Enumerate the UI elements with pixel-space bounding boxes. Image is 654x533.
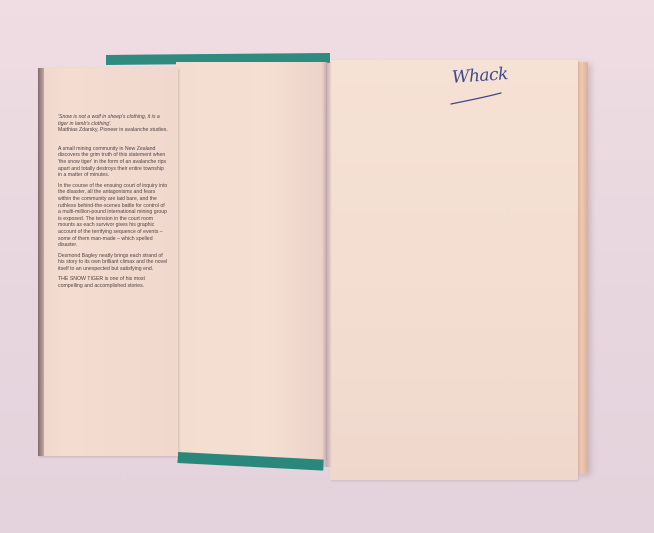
- inside-front-cover: [176, 62, 327, 460]
- book-gutter: [322, 62, 332, 467]
- handwritten-signature: Whack: [451, 64, 508, 88]
- dust-jacket-flap: 'Snow is not a wolf in sheep's clothing,…: [38, 68, 178, 456]
- free-endpaper: [330, 60, 578, 480]
- open-book-photo: 'Snow is not a wolf in sheep's clothing,…: [0, 0, 654, 533]
- flap-paragraph: THE SNOW TIGER is one of his most compel…: [58, 276, 168, 289]
- flap-fold-edge: [38, 68, 44, 456]
- flap-epigraph: 'Snow is not a wolf in sheep's clothing,…: [58, 114, 168, 127]
- flap-blurb: 'Snow is not a wolf in sheep's clothing,…: [58, 114, 168, 294]
- flap-paragraph: In the course of the ensuing court of in…: [58, 183, 168, 249]
- signature-underline: [450, 92, 502, 106]
- flap-attribution: Matthias Zdarsky, Pioneer in avalanche s…: [58, 127, 168, 134]
- flap-paragraph: A small mining community in New Zealand …: [58, 146, 168, 179]
- flap-paragraph: Desmond Bagley neatly brings each strand…: [58, 253, 168, 273]
